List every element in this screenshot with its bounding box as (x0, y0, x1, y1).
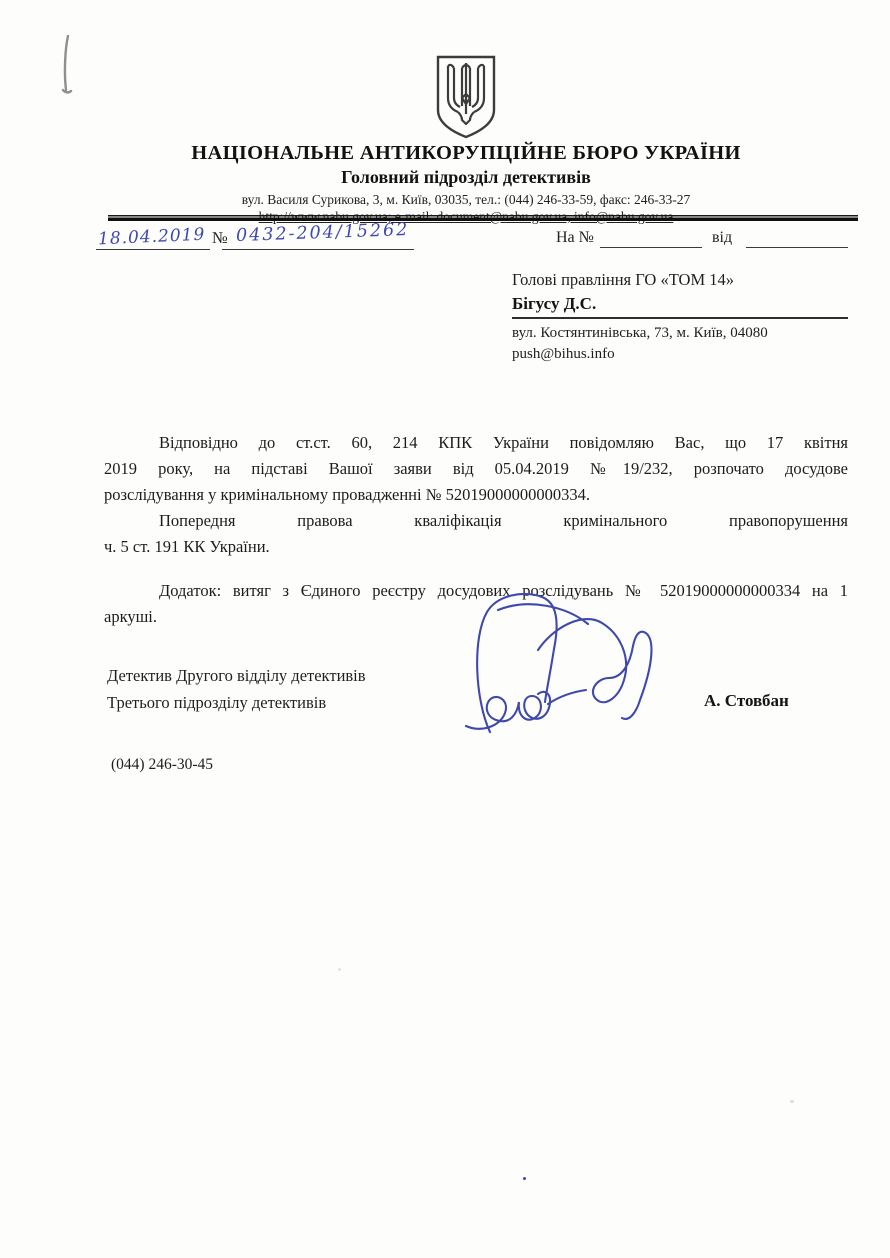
signer-position-line2: Третього підрозділу детективів (107, 689, 366, 716)
header-separator-rule (108, 215, 858, 221)
scan-speck (790, 1100, 794, 1103)
letterhead: НАЦІОНАЛЬНЕ АНТИКОРУПЦІЙНЕ БЮРО УКРАЇНИ … (40, 54, 890, 225)
body-line: розслідування у кримінальному провадженн… (104, 482, 848, 508)
incoming-date-underline (746, 247, 848, 248)
scan-speck (338, 968, 341, 971)
body-line: 2019 року, на підставі Вашої заяви від 0… (104, 456, 848, 482)
recipient-email: push@bihus.info (512, 344, 848, 365)
outgoing-number-underline (222, 249, 414, 250)
scanned-letter-page: НАЦІОНАЛЬНЕ АНТИКОРУПЦІЙНЕ БЮРО УКРАЇНИ … (0, 0, 890, 1258)
incoming-number-underline (600, 247, 702, 248)
division-name: Головний підрозділ детективів (40, 167, 890, 188)
recipient-title: Голові правління ГО «ТОМ 14» (512, 268, 848, 292)
signer-position: Детектив Другого відділу детективів Трет… (107, 662, 366, 716)
handwritten-signature (438, 586, 670, 744)
contact-phone: (044) 246-30-45 (111, 756, 213, 774)
incoming-na-label: На № (556, 229, 594, 247)
outgoing-date-underline (96, 249, 210, 250)
number-sign: № (212, 228, 228, 248)
ukraine-trident-emblem-icon (434, 54, 498, 140)
incoming-vid-label: від (712, 229, 732, 247)
recipient-address: вул. Костянтинівська, 73, м. Київ, 04080 (512, 323, 848, 344)
ink-speck (523, 1177, 526, 1180)
body-line: Відповідно до ст.ст. 60, 214 КПК України… (104, 430, 848, 456)
body-line: ч. 5 ст. 191 КК України. (104, 534, 848, 560)
recipient-block: Голові правління ГО «ТОМ 14» Бігусу Д.С.… (512, 268, 848, 365)
signer-name: А. Стовбан (704, 691, 789, 711)
outgoing-date-handwritten: 18.04.2019 (98, 225, 206, 250)
recipient-underline (512, 317, 848, 319)
signer-position-line1: Детектив Другого відділу детективів (107, 662, 366, 689)
address-line: вул. Василя Сурикова, 3, м. Київ, 03035,… (40, 192, 890, 208)
org-name: НАЦІОНАЛЬНЕ АНТИКОРУПЦІЙНЕ БЮРО УКРАЇНИ (40, 142, 890, 165)
body-line: Попередня правова кваліфікація криміналь… (104, 508, 848, 534)
recipient-name: Бігусу Д.С. (512, 292, 848, 316)
